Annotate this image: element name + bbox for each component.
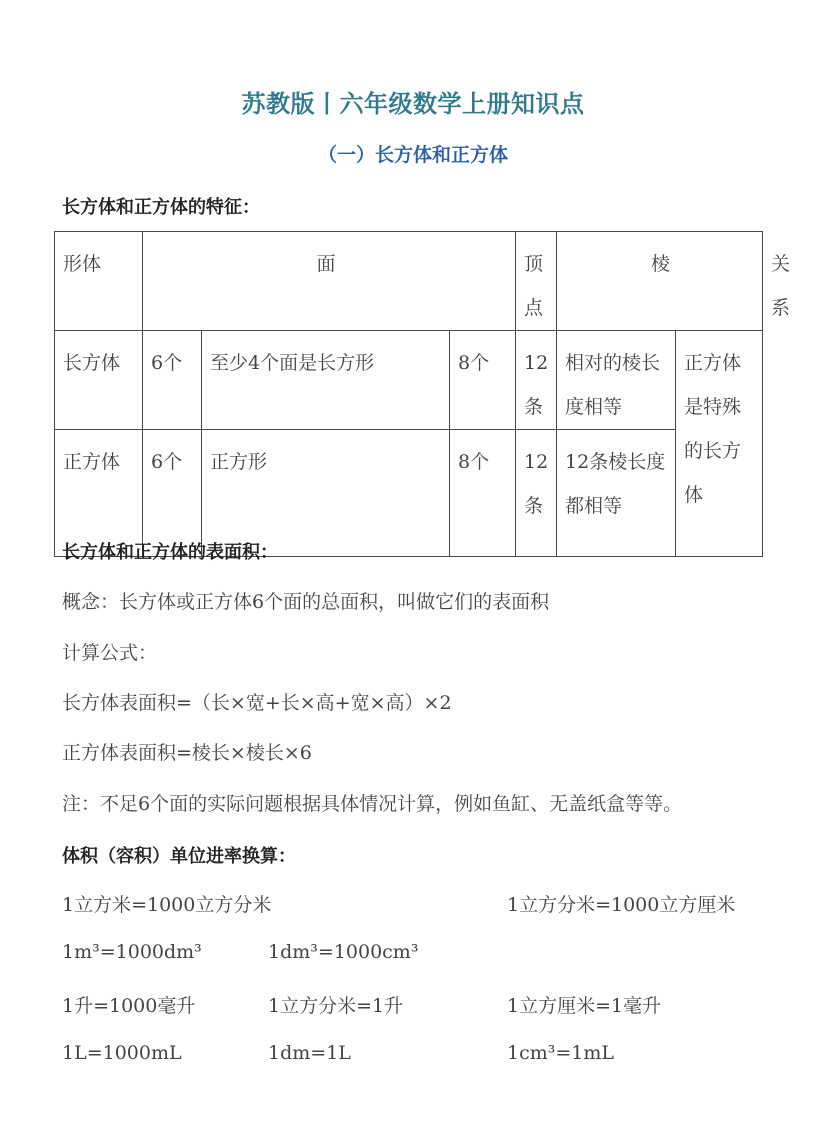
cell-relation: 正方体是特殊的长方体 [676, 331, 763, 557]
header-edge: 棱 [557, 232, 763, 331]
cell-edge-count: 12条 [516, 430, 557, 557]
conversion-item: 1L=1000mL [62, 1042, 182, 1064]
cell-shape: 长方体 [55, 331, 143, 430]
conversion-item: 1立方米=1000立方分米 [62, 890, 271, 917]
features-table: 形体 面 顶点 顶点 棱 关系 长方体 6个 至少4个面是长方形 相对面完全相同… [54, 231, 763, 557]
chapter-subtitle: （一）长方体和正方体 [0, 140, 826, 167]
surface-heading: 长方体和正方体的表面积： [62, 538, 278, 564]
table-header-row: 形体 面 顶点 顶点 棱 关系 [55, 232, 763, 331]
surface-note: 注：不足6个面的实际问题根据具体情况计算，例如鱼缸、无盖纸盒等等。 [62, 789, 682, 816]
conversion-item: 1cm³=1mL [507, 1042, 614, 1064]
cube-formula: 正方体表面积=棱长×棱长×6 [62, 738, 312, 765]
volume-heading: 体积（容积）单位进率换算： [62, 842, 296, 868]
conversion-item: 1升=1000毫升 [62, 991, 195, 1018]
features-heading: 长方体和正方体的特征： [62, 193, 260, 219]
surface-concept: 概念：长方体或正方体6个面的总面积，叫做它们的表面积 [62, 587, 549, 614]
header-vertex: 顶点 [516, 232, 557, 331]
table-row: 长方体 6个 至少4个面是长方形 相对面完全相同 8个 12条 相对的棱长度相等… [55, 331, 763, 430]
cuboid-formula: 长方体表面积=（长×宽+长×高+宽×高）×2 [62, 688, 452, 715]
document-page: 苏教版丨六年级数学上册知识点 （一）长方体和正方体 长方体和正方体的特征： 形体… [0, 0, 826, 1122]
conversion-item: 1m³=1000dm³ [62, 941, 202, 963]
cell-vertices: 8个 [450, 430, 516, 557]
header-shape: 形体 [55, 232, 143, 331]
cell-face-shape: 至少4个面是长方形 [202, 331, 450, 430]
conversion-item: 1立方分米=1升 [268, 991, 403, 1018]
conversion-item: 1立方厘米=1毫升 [507, 991, 661, 1018]
header-face-label: 面 [317, 253, 336, 275]
cell-edge-count: 12条 [516, 331, 557, 430]
formula-label: 计算公式： [62, 638, 157, 665]
document-title: 苏教版丨六年级数学上册知识点 [0, 84, 826, 119]
conversion-item: 1dm=1L [268, 1042, 351, 1064]
conversion-item: 1立方分米=1000立方厘米 [507, 890, 735, 917]
cell-face-count: 6个 [143, 331, 202, 430]
cell-edge-relation: 相对的棱长度相等 [557, 331, 676, 430]
cell-vertices: 8个 [450, 331, 516, 430]
conversion-item: 1dm³=1000cm³ [268, 941, 418, 963]
header-face: 面 [143, 232, 516, 331]
cell-edge-relation: 12条棱长度都相等 [557, 430, 676, 557]
